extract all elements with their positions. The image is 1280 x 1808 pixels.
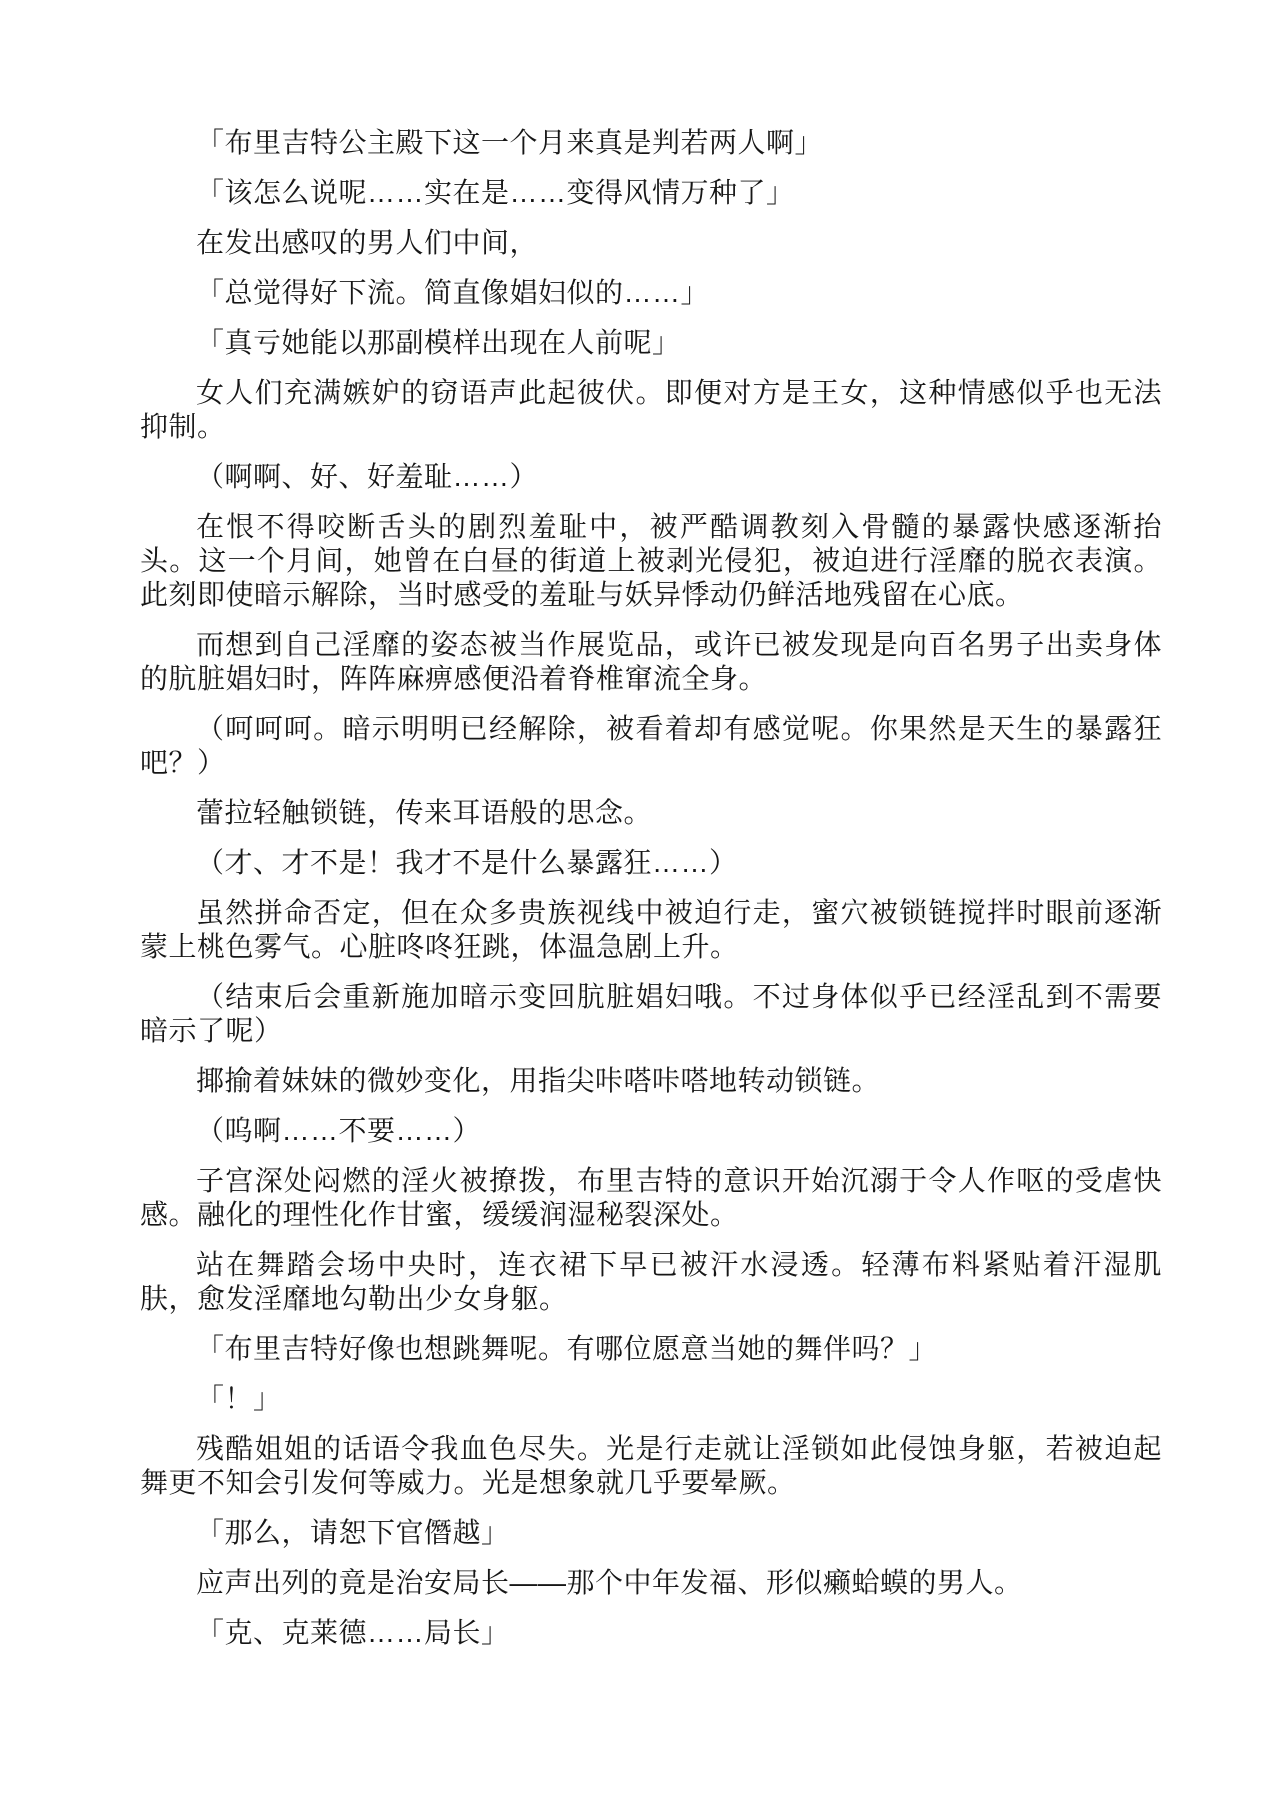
paragraph-17: 子宫深处闷燃的淫火被撩拨，布里吉特的意识开始沉溺于令人作呕的受虐快感。融化的理性… [140,1164,1162,1232]
document-page: 「布里吉特公主殿下这一个月来真是判若两人啊」 「该怎么说呢……实在是……变得风情… [0,0,1280,1808]
paragraph-05: 「真亏她能以那副模样出现在人前呢」 [140,326,1162,360]
paragraph-15: 揶揄着妹妹的微妙变化，用指尖咔嗒咔嗒地转动锁链。 [140,1064,1162,1098]
paragraph-08: 在恨不得咬断舌头的剧烈羞耻中，被严酷调教刻入骨髓的暴露快感逐渐抬头。这一个月间，… [140,510,1162,612]
paragraph-19: 「布里吉特好像也想跳舞呢。有哪位愿意当她的舞伴吗？」 [140,1332,1162,1366]
paragraph-09: 而想到自己淫靡的姿态被当作展览品，或许已被发现是向百名男子出卖身体的肮脏娼妇时，… [140,628,1162,696]
paragraph-10: （呵呵呵。暗示明明已经解除，被看着却有感觉呢。你果然是天生的暴露狂吧？） [140,712,1162,780]
paragraph-01: 「布里吉特公主殿下这一个月来真是判若两人啊」 [140,126,1162,160]
paragraph-20: 「！」 [140,1382,1162,1416]
paragraph-12: （才、才不是！我才不是什么暴露狂……） [140,846,1162,880]
paragraph-14: （结束后会重新施加暗示变回肮脏娼妇哦。不过身体似乎已经淫乱到不需要暗示了呢） [140,980,1162,1048]
paragraph-18: 站在舞踏会场中央时，连衣裙下早已被汗水浸透。轻薄布料紧贴着汗湿肌肤，愈发淫靡地勾… [140,1248,1162,1316]
paragraph-03: 在发出感叹的男人们中间， [140,226,1162,260]
paragraph-23: 应声出列的竟是治安局长——那个中年发福、形似癞蛤蟆的男人。 [140,1566,1162,1600]
paragraph-11: 蕾拉轻触锁链，传来耳语般的思念。 [140,796,1162,830]
paragraph-16: （呜啊……不要……） [140,1114,1162,1148]
paragraph-21: 残酷姐姐的话语令我血色尽失。光是行走就让淫锁如此侵蚀身躯，若被迫起舞更不知会引发… [140,1432,1162,1500]
paragraph-13: 虽然拼命否定，但在众多贵族视线中被迫行走，蜜穴被锁链搅拌时眼前逐渐蒙上桃色雾气。… [140,896,1162,964]
paragraph-06: 女人们充满嫉妒的窃语声此起彼伏。即便对方是王女，这种情感似乎也无法抑制。 [140,376,1162,444]
paragraph-22: 「那么，请恕下官僭越」 [140,1516,1162,1550]
paragraph-04: 「总觉得好下流。简直像娼妇似的……」 [140,276,1162,310]
paragraph-02: 「该怎么说呢……实在是……变得风情万种了」 [140,176,1162,210]
paragraph-24: 「克、克莱德……局长」 [140,1616,1162,1650]
paragraph-07: （啊啊、好、好羞耻……） [140,460,1162,494]
